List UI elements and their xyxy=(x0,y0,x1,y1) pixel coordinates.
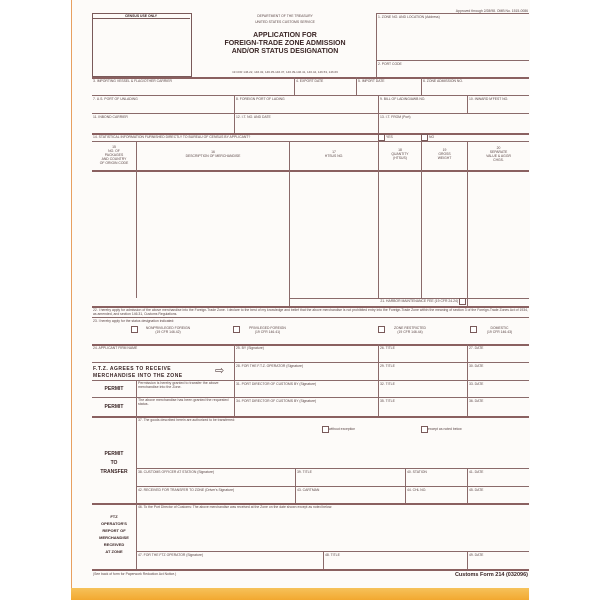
bottom-color-strip xyxy=(71,588,529,600)
field-26-label[interactable]: 26. TITLE xyxy=(380,346,460,350)
field-31-label[interactable]: 31. PORT DIRECTOR OF CUSTOMS BY (Signatu… xyxy=(236,382,376,386)
without-exception-label: without exception xyxy=(329,427,355,431)
arrow-right-icon: ⇨ xyxy=(215,366,225,376)
status-checkbox-domestic[interactable] xyxy=(470,326,477,333)
field-32-label[interactable]: 32. TITLE xyxy=(380,382,460,386)
dept-line-2: UNITED STATES CUSTOMS SERVICE xyxy=(200,20,370,24)
permit-label-2: PERMIT xyxy=(92,404,136,410)
field-24-label[interactable]: 24. APPLICANT FIRM NAME xyxy=(93,346,233,350)
field-27-label[interactable]: 27. DATE xyxy=(469,346,527,350)
status-label-zone-restricted: ZONE RESTRICTED(19 CFR 146.44) xyxy=(385,326,435,334)
field-40-label[interactable]: 40. STATION xyxy=(407,470,465,474)
field-11-label[interactable]: 11. INBOND CARRIER xyxy=(93,115,233,119)
field-34-label[interactable]: 34. PORT DIRECTOR OF CUSTOMS BY (Signatu… xyxy=(236,399,376,403)
field-1-label[interactable]: 1. ZONE NO. AND LOCATION (Address) xyxy=(378,15,528,19)
cfr-citation: 19 CFR 146.22, 146.32, 146.35-146.37, 14… xyxy=(200,70,370,74)
form-title-2: FOREIGN-TRADE ZONE ADMISSION xyxy=(200,40,370,47)
status-checkbox-privileged[interactable] xyxy=(233,326,240,333)
field-7-label[interactable]: 7. U.S. PORT OF UNLADING xyxy=(93,97,233,101)
col-17-header: 17HTSUS NO. xyxy=(290,150,378,158)
permit-1-text: Permission is hereby granted to transfer… xyxy=(138,381,232,389)
census-box xyxy=(92,13,192,77)
status-checkbox-nonprivileged[interactable] xyxy=(131,326,138,333)
field-12-label[interactable]: 12. I.T. NO. AND DATE xyxy=(236,115,376,119)
field-5-label[interactable]: 5. IMPORT DATE xyxy=(358,79,418,83)
field-47-label[interactable]: 47. FOR THE FTZ OPERATOR (Signature) xyxy=(138,553,318,557)
field-4-label[interactable]: 4. EXPORT DATE xyxy=(296,79,356,83)
field-44-label[interactable]: 44. CHL NO. xyxy=(407,488,465,492)
except-as-noted-label: except as noted below xyxy=(428,427,462,431)
field-43-label[interactable]: 43. CARTMAN xyxy=(297,488,397,492)
field-8-label[interactable]: 8. FOREIGN PORT OF LADING xyxy=(236,97,376,101)
field-25-label[interactable]: 25. BY (Signature) xyxy=(236,346,376,350)
form-title-1: APPLICATION FOR xyxy=(200,32,370,39)
yes-checkbox[interactable] xyxy=(378,134,385,141)
field-42-label[interactable]: 42. RECEIVED FOR TRANSFER TO ZONE (Drive… xyxy=(138,488,293,492)
dept-line-1: DEPARTMENT OF THE TREASURY xyxy=(200,14,370,18)
col-20-header: 20SEPARATEVALUE & AGGRCHGS. xyxy=(468,146,529,162)
col-18-header: 18QUANTITY(HTSUS) xyxy=(379,148,421,160)
field-37-label: 37. The goods described herein are autho… xyxy=(138,418,288,422)
form-number: Customs Form 214 (032096) xyxy=(400,572,528,578)
field-38-label[interactable]: 38. CUSTOMS OFFICER AT STATION (Signatur… xyxy=(138,470,288,474)
ftz-operator-report-label: FTZOPERATOR'SREPORT OFMERCHANDISERECEIVE… xyxy=(92,513,136,555)
paperwork-notice: (See back of form for Paperwork Reductio… xyxy=(93,572,243,576)
no-label: NO xyxy=(429,135,434,139)
field-14-label: 14. STATISTICAL INFORMATION FURNISHED DI… xyxy=(93,135,373,139)
form-title-3: AND/OR STATUS DESIGNATION xyxy=(200,48,370,55)
permit-to-transfer-label: PERMITTOTRANSFER xyxy=(92,450,136,477)
without-exception-checkbox[interactable] xyxy=(322,426,329,433)
status-label-privileged: PRIVILEGED FOREIGN(19 CFR 146.41) xyxy=(240,326,295,334)
field-21-label: 21. HARBOR MAINTENANCE FEE (19 CFR 24.24… xyxy=(338,299,458,303)
field-29-label[interactable]: 29. TITLE xyxy=(380,364,460,368)
field-46-label: 46. To the Port Director of Customs: The… xyxy=(138,505,428,509)
field-28-label[interactable]: 28. FOR THE F.T.Z. OPERATOR (Signature) xyxy=(236,364,376,368)
census-label: CENSUS USE ONLY xyxy=(92,14,190,19)
field-39-label[interactable]: 39. TITLE xyxy=(297,470,397,474)
field-10-label[interactable]: 10. INWARD M'FEST NO. xyxy=(469,97,529,101)
col-19-header: 19GROSSWEIGHT xyxy=(422,148,467,160)
ftz-agrees-text: F.T.Z. AGREES TO RECEIVE MERCHANDISE INT… xyxy=(93,366,213,380)
status-checkbox-zone-restricted[interactable] xyxy=(378,326,385,333)
col-15-header: 15NO. OFPACKAGESAND COUNTRYOF ORIGIN COD… xyxy=(92,145,136,165)
field-6-label[interactable]: 6. ZONE ADMISSION NO. xyxy=(423,79,523,83)
field-9-label[interactable]: 9. BILL OF LADING/AWB NO. xyxy=(380,97,465,101)
field-3-label[interactable]: 3. IMPORTING VESSEL & FLAG/OTHER CARRIER xyxy=(93,79,293,83)
field-49-label[interactable]: 49. DATE xyxy=(469,553,527,557)
field-2-label[interactable]: 2. PORT CODE xyxy=(378,62,528,66)
permit-label-1: PERMIT xyxy=(92,386,136,392)
status-label-domestic: DOMESTIC(19 CFR 146.43) xyxy=(477,326,522,334)
field-48-label[interactable]: 48. TITLE xyxy=(325,553,465,557)
col-16-header: 16DESCRIPTION OF MERCHANDISE xyxy=(137,150,289,158)
no-checkbox[interactable] xyxy=(421,134,428,141)
field-13-label[interactable]: 13. I.T. FROM (Port) xyxy=(380,115,520,119)
field-45-label[interactable]: 45. DATE xyxy=(469,488,527,492)
except-as-noted-checkbox[interactable] xyxy=(421,426,428,433)
permit-2-text: The above merchandise has been granted t… xyxy=(138,398,232,406)
field-33-label[interactable]: 33. DATE xyxy=(469,382,527,386)
yes-label: YES xyxy=(386,135,393,139)
field-35-label[interactable]: 35. TITLE xyxy=(380,399,460,403)
hmf-checkbox[interactable] xyxy=(459,298,466,305)
field-30-label[interactable]: 30. DATE xyxy=(469,364,527,368)
field-23-label: 23. I hereby apply for the status design… xyxy=(93,319,293,323)
field-41-label[interactable]: 41. DATE xyxy=(469,470,527,474)
status-label-nonprivileged: NONPRIVILEGED FOREIGN(19 CFR 146.42) xyxy=(138,326,198,334)
field-22-declaration: 22. I hereby apply for admission of the … xyxy=(93,308,528,316)
field-36-label[interactable]: 36. DATE xyxy=(469,399,527,403)
